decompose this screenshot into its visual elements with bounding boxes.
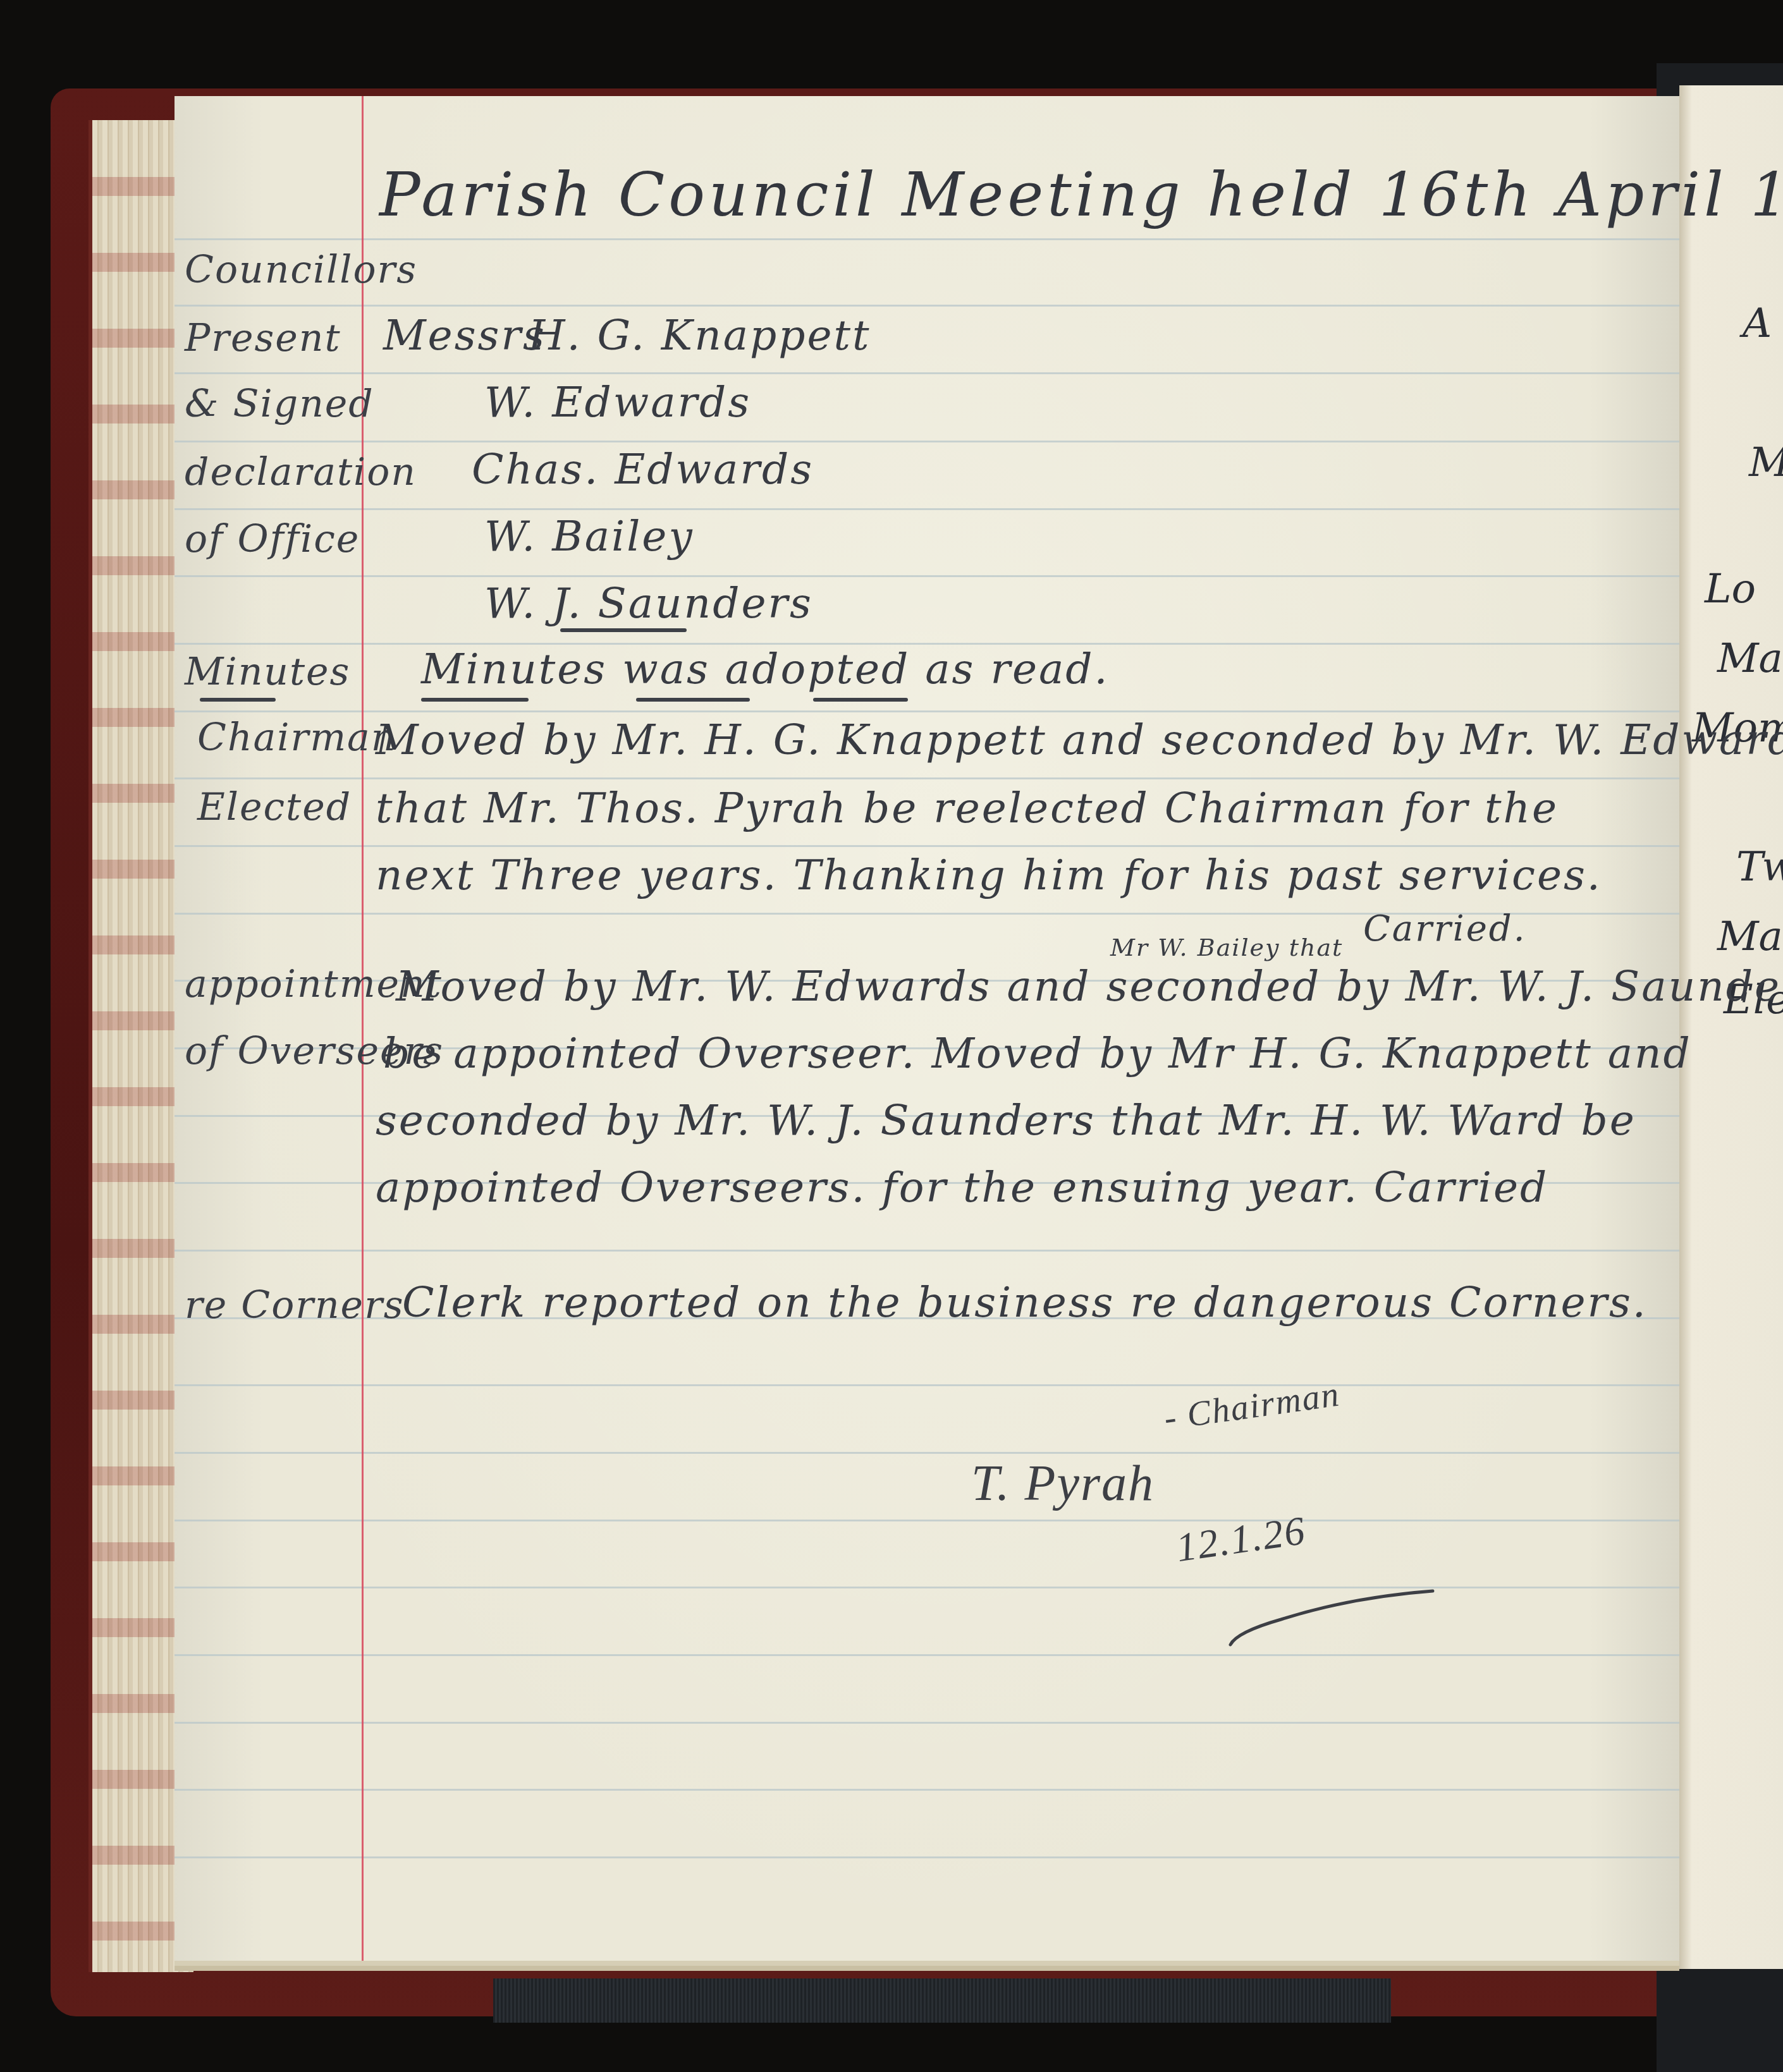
facing-fragment: Lo xyxy=(1705,566,1756,612)
ledger-rule xyxy=(175,372,1679,374)
attendee-name: W. J. Saunders xyxy=(484,579,813,628)
page-title: Parish Council Meeting held 16th April 1… xyxy=(379,159,1783,230)
ledger-rule xyxy=(175,845,1679,847)
facing-fragment: Tw xyxy=(1736,844,1783,891)
ledger-rule xyxy=(175,305,1679,307)
chairman-motion-line: next Three years. Thanking him for his p… xyxy=(376,851,1602,899)
carried-note: Carried. xyxy=(1363,908,1526,949)
margin-note-present: Present xyxy=(185,316,341,360)
attendee-name: W. Edwards xyxy=(484,378,751,427)
signature-date: 12.1.26 xyxy=(1173,1507,1309,1571)
attendee-name: W. Bailey xyxy=(484,512,694,561)
signature-flourish xyxy=(1224,1581,1439,1657)
ledger-rule xyxy=(175,710,1679,712)
underline-mark xyxy=(560,628,687,632)
margin-note-elected: Elected xyxy=(197,785,352,829)
overseers-motion-line: Moved by Mr. W. Edwards and seconded by … xyxy=(396,962,1783,1011)
margin-note-councillors: Councillors xyxy=(185,248,417,292)
corners-report-line: Clerk reported on the business re danger… xyxy=(402,1278,1648,1327)
facing-fragment: Man xyxy=(1717,635,1783,682)
attendee-name: H. G. Knappett xyxy=(529,311,871,360)
underline-mark xyxy=(200,698,276,702)
margin-note-declaration: declaration xyxy=(185,450,417,494)
ledger-rule xyxy=(175,1384,1679,1386)
margin-note-office: of Office xyxy=(185,517,360,561)
overseers-motion-line: seconded by Mr. W. J. Saunders that Mr. … xyxy=(376,1096,1636,1145)
underline-mark xyxy=(813,698,908,702)
underline-mark xyxy=(636,698,750,702)
ledger-rule xyxy=(175,575,1679,577)
chairman-motion-line: that Mr. Thos. Pyrah be reelected Chairm… xyxy=(376,784,1559,832)
chairman-signature: T. Pyrah xyxy=(971,1455,1155,1513)
attendance-prefix: Messrs xyxy=(383,311,546,360)
spine-cloth xyxy=(493,1978,1391,2023)
ledger-rule xyxy=(175,1250,1679,1252)
ledger-rule xyxy=(175,1856,1679,1858)
ledger-rule xyxy=(175,1654,1679,1656)
underline-mark xyxy=(421,698,529,702)
ledger-rule xyxy=(175,238,1679,240)
ledger-rule xyxy=(175,508,1679,510)
ledger-rule xyxy=(175,1789,1679,1791)
minutes-adopted-line: Minutes was adopted as read. xyxy=(421,645,1110,693)
margin-note-corners: re Corners xyxy=(185,1283,405,1327)
margin-note-minutes: Minutes xyxy=(185,650,350,694)
overseers-motion-line: be appointed Overseer. Moved by Mr H. G.… xyxy=(383,1029,1692,1078)
ledger-rule xyxy=(175,1722,1679,1724)
interlinear-insertion: Mr W. Bailey that xyxy=(1110,934,1343,961)
facing-page: A Mi Lo Man Momin Tw Man Elec xyxy=(1679,85,1783,1969)
margin-note-chairman: Chairman xyxy=(197,716,397,760)
ledger-rule xyxy=(175,441,1679,442)
chairman-motion-line: Moved by Mr. H. G. Knappett and seconded… xyxy=(376,716,1783,764)
ledger-rule xyxy=(175,777,1679,779)
overseers-motion-line: appointed Overseers. for the ensuing yea… xyxy=(376,1163,1548,1212)
facing-fragment: Mi xyxy=(1749,439,1783,486)
ledger-page: Parish Council Meeting held 16th April 1… xyxy=(175,96,1679,1961)
facing-fragment: A xyxy=(1743,300,1772,347)
ledger-rule xyxy=(175,1520,1679,1521)
margin-note-signed: & Signed xyxy=(185,382,374,426)
margin-rule xyxy=(362,96,364,1961)
ledger-rule xyxy=(175,1452,1679,1454)
attendee-name: Chas. Edwards xyxy=(472,445,814,494)
facing-fragment: Man xyxy=(1717,913,1783,960)
ledger-rule xyxy=(175,1587,1679,1588)
